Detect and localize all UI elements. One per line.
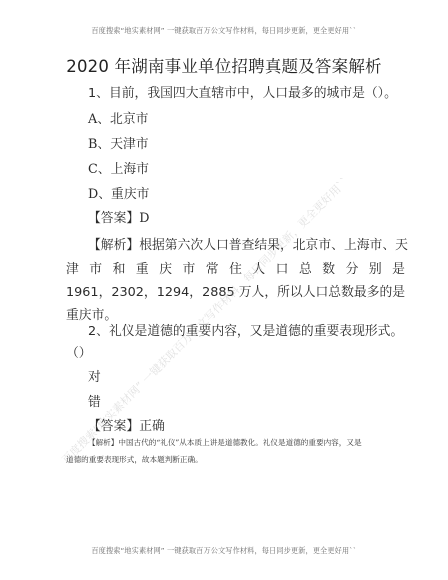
question-1-stem: 1、目前，我国四大直辖市中，人口最多的城市是（）。 <box>88 82 397 101</box>
question-2-analysis-line-2: 道德的重要表现形式，故本题判断正确。 <box>66 454 203 465</box>
page-header-note: 百度搜索“地实素材网” 一键获取百万公文写作材料，每日同步更新，更全更好用`` <box>0 26 448 36</box>
question-2-answer: 【答案】正确 <box>88 415 165 434</box>
analysis-char: 分 <box>346 258 359 277</box>
analysis-char: 口 <box>276 258 289 277</box>
question-1-analysis-line-2: 津 市 和 重 庆 市 常 住 人 口 总 数 分 别 是 <box>66 258 405 277</box>
question-1-option-a: A、北京市 <box>88 108 148 127</box>
document-title: 2020 年湖南事业单位招聘真题及答案解析 <box>0 53 448 77</box>
analysis-char: 市 <box>89 258 102 277</box>
question-1-analysis-line-1: 【解析】根据第六次人口普查结果，北京市、上海市、天 <box>88 234 408 253</box>
question-1-option-c: C、上海市 <box>88 158 149 177</box>
question-1-option-b: B、天津市 <box>88 133 149 152</box>
question-2-option-false: 错 <box>88 391 101 410</box>
question-1-answer: 【答案】D <box>88 207 149 226</box>
analysis-char: 总 <box>299 258 312 277</box>
analysis-char: 庆 <box>159 258 172 277</box>
question-2-analysis-line-1: 【解析】中国古代的“礼仪”从本质上讲是道德教化。礼仪是道德的重要内容，又是 <box>88 437 362 448</box>
analysis-char: 是 <box>392 258 405 277</box>
analysis-char: 重 <box>136 258 149 277</box>
analysis-char: 津 <box>66 258 79 277</box>
question-1-option-d: D、重庆市 <box>88 183 149 202</box>
analysis-char: 别 <box>369 258 382 277</box>
analysis-char: 常 <box>206 258 219 277</box>
analysis-char: 和 <box>113 258 126 277</box>
analysis-char: 人 <box>252 258 265 277</box>
analysis-char: 市 <box>182 258 195 277</box>
question-2-stem-line-1: 2、礼仪是道德的重要内容，又是道德的重要表现形式。 <box>88 320 403 339</box>
analysis-char: 数 <box>322 258 335 277</box>
page-footer-note: 百度搜索“地实素材网” 一键获取百万公文写作材料，每日同步更新，更全更好用`` <box>0 546 448 556</box>
question-2-stem-line-2: （） <box>66 342 92 361</box>
question-2-option-true: 对 <box>88 366 101 385</box>
analysis-char: 住 <box>229 258 242 277</box>
question-1-analysis-line-3: 1961，2302，1294，2885 万人，所以人口总数最多的是 <box>66 281 405 300</box>
document-page: 百度搜索“地实素材网” 一键获取百万公文写作材料，每日同步更新，更全更好用`` … <box>0 0 448 580</box>
